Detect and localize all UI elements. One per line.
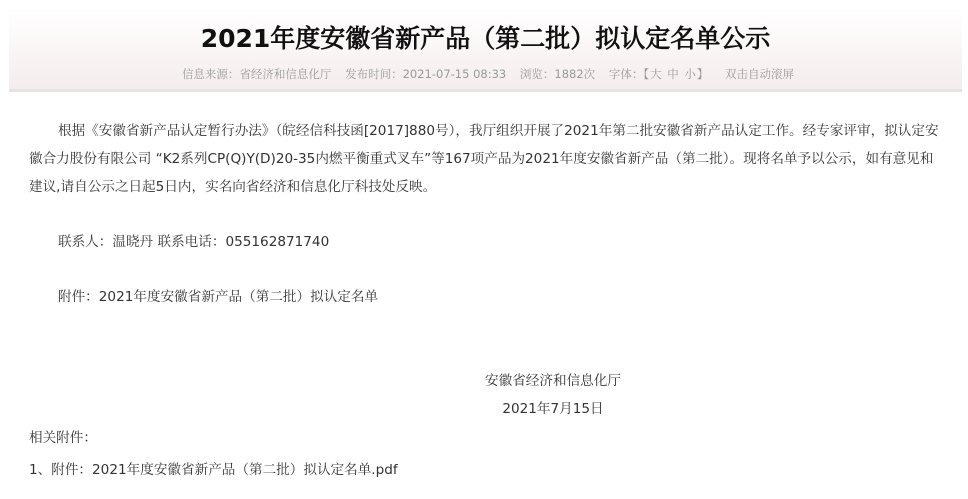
meta-source-label: 信息来源： xyxy=(182,67,240,81)
page-title: 2021年度安徽省新产品（第二批）拟认定名单公示 xyxy=(9,22,962,56)
attachment-pdf-link[interactable]: 附件：2021年度安徽省新产品（第二批）拟认定名单.pdf xyxy=(51,462,397,478)
meta-publish-label: 发布时间： xyxy=(345,67,403,81)
attachment-index: 1、 xyxy=(29,462,51,478)
meta-views-label: 浏览： xyxy=(520,67,555,81)
article-meta: 信息来源：省经济和信息化厅 发布时间：2021-07-15 08:33 浏览：1… xyxy=(9,64,962,84)
related-attachments: 相关附件： 1、附件：2021年度安徽省新产品（第二批）拟认定名单.pdf xyxy=(29,424,398,484)
article-header: 2021年度安徽省新产品（第二批）拟认定名单公示 信息来源：省经济和信息化厅 发… xyxy=(9,8,962,92)
font-size-small-button[interactable]: 小 xyxy=(684,67,696,81)
font-size-bracket-close: 】 xyxy=(697,67,709,81)
attachment-link-item[interactable]: 1、附件：2021年度安徽省新产品（第二批）拟认定名单.pdf xyxy=(29,456,398,484)
meta-views: 浏览：1882次 xyxy=(520,67,595,81)
related-attachments-label: 相关附件： xyxy=(29,424,398,452)
contact-info: 联系人：温晓丹 联系电话：055162871740 xyxy=(29,228,947,256)
signature-date: 2021年7月15日 xyxy=(453,395,653,423)
meta-source: 信息来源：省经济和信息化厅 xyxy=(182,67,332,81)
font-size-label: 字体： xyxy=(609,67,644,81)
attachment-note: 附件：2021年度安徽省新产品（第二批）拟认定名单 xyxy=(29,283,947,311)
announcement-paragraph: 根据《安徽省新产品认定暂行办法》（皖经信科技函[2017]880号），我厅组织开… xyxy=(29,117,947,201)
meta-source-value: 省经济和信息化厅 xyxy=(239,67,331,81)
signature-org: 安徽省经济和信息化厅 xyxy=(453,367,653,395)
auto-scroll-toggle[interactable]: 双击自动滚屏 xyxy=(725,67,794,81)
meta-font-size: 字体：【大 中 小】 xyxy=(609,67,709,81)
meta-views-value: 1882次 xyxy=(554,67,595,81)
font-size-large-button[interactable]: 大 xyxy=(650,67,662,81)
meta-publish-value: 2021-07-15 08:33 xyxy=(403,67,507,81)
article-page: 2021年度安徽省新产品（第二批）拟认定名单公示 信息来源：省经济和信息化厅 发… xyxy=(0,0,968,499)
article-body: 根据《安徽省新产品认定暂行办法》（皖经信科技函[2017]880号），我厅组织开… xyxy=(29,117,947,311)
meta-publish-time: 发布时间：2021-07-15 08:33 xyxy=(345,67,506,81)
signature-block: 安徽省经济和信息化厅 2021年7月15日 xyxy=(0,367,968,423)
font-size-medium-button[interactable]: 中 xyxy=(667,67,679,81)
font-size-bracket-open: 【 xyxy=(643,67,649,81)
